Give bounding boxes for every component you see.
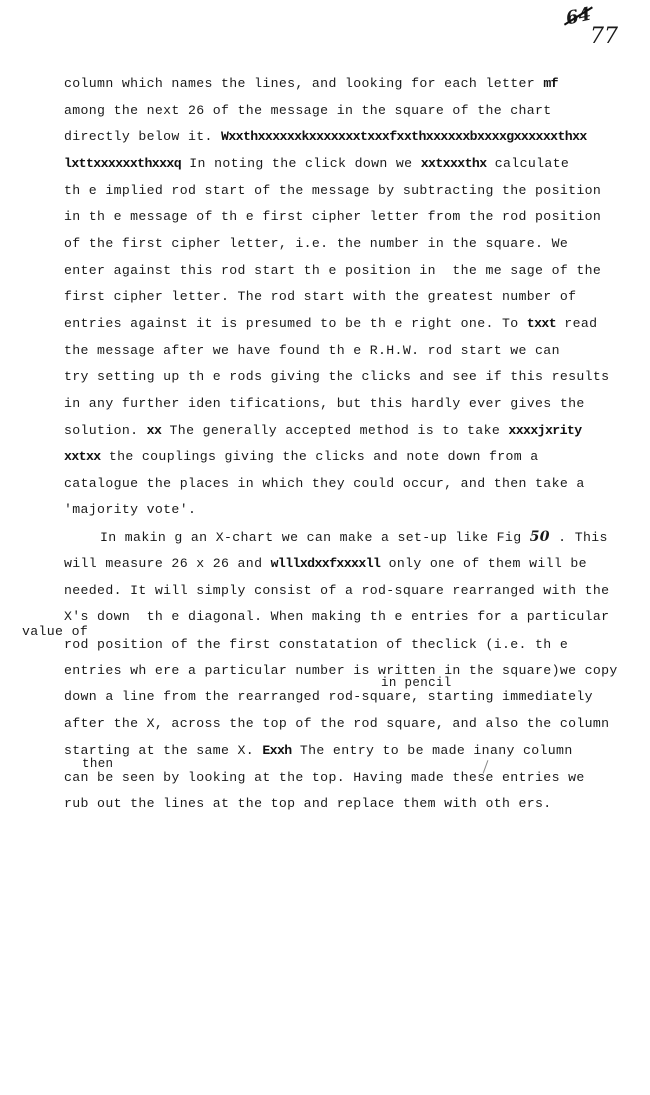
text-line: of the first cipher letter, i.e. the num… [64, 236, 568, 251]
text-line: solution. xx The generally accepted meth… [64, 423, 582, 438]
text: th e implied rod start of the message by… [64, 183, 601, 198]
text: rub out the lines at the top and replace… [64, 796, 552, 811]
text: solution. [64, 423, 147, 438]
text-line: column which names the lines, and lookin… [64, 76, 558, 91]
text: after the X, across the top of the rod s… [64, 716, 609, 731]
text: 'majority vote'. [64, 502, 196, 517]
text-line: rod position of the first constatation o… [64, 637, 568, 652]
handwritten-figure-number: 50 [530, 529, 550, 545]
text: X's down th e diagonal. When making th e… [64, 609, 609, 624]
text-line: among the next 26 of the message in the … [64, 103, 552, 118]
text-line: 'majority vote'. [64, 502, 196, 517]
struck-out-text: wlllxdxxfxxxxll [271, 556, 381, 571]
text-line: down a line from the rearranged rod-squa… [64, 689, 593, 704]
text: enter against this rod start th e positi… [64, 263, 601, 278]
text: . This [550, 530, 608, 545]
text: down a line from the rearranged rod-squa… [64, 689, 593, 704]
text-line: will measure 26 x 26 and wlllxdxxfxxxxll… [64, 556, 587, 571]
text: only one of them will be [380, 556, 587, 571]
text: entries wh ere a particular number is wr… [64, 663, 618, 678]
text: catalogue the places in which they could… [64, 476, 585, 491]
struck-out-text: xxtxxxthx [421, 156, 487, 171]
page-number: 64 77 [566, 6, 626, 50]
text: then [82, 757, 113, 771]
text-line: In makin g an X-chart we can make a set-… [100, 529, 608, 545]
text-line: after the X, across the top of the rod s… [64, 716, 609, 731]
text: will measure 26 x 26 and [64, 556, 271, 571]
text: rod position of the first constatation o… [64, 637, 568, 652]
struck-out-text: mf [543, 76, 558, 91]
text: column which names the lines, and lookin… [64, 76, 543, 91]
text: the message after we have found th e R.H… [64, 343, 560, 358]
text: starting at the same X. [64, 743, 262, 758]
text-line: first cipher letter. The rod start with … [64, 289, 576, 304]
text-line: rub out the lines at the top and replace… [64, 796, 552, 811]
text: read [556, 316, 597, 331]
text-line: X's down th e diagonal. When making th e… [64, 609, 609, 624]
text-line: xxtxx the couplings giving the clicks an… [64, 449, 539, 464]
text: calculate [487, 156, 570, 171]
text-line: th e implied rod start of the message by… [64, 183, 601, 198]
text-line: the message after we have found th e R.H… [64, 343, 560, 358]
text: In makin g an X-chart we can make a set-… [100, 530, 530, 545]
text-line: directly below it. Wxxthxxxxxxkxxxxxxxtx… [64, 129, 587, 144]
struck-out-text: Exxh [262, 743, 291, 758]
text-line: entries wh ere a particular number is wr… [64, 663, 618, 678]
interlinear-insertion: then [82, 757, 113, 771]
text: the couplings giving the clicks and note… [101, 449, 539, 464]
text-line: needed. It will simply consist of a rod-… [64, 583, 609, 598]
text: among the next 26 of the message in the … [64, 103, 552, 118]
text: in any further iden tifications, but thi… [64, 396, 585, 411]
text: of the first cipher letter, i.e. the num… [64, 236, 568, 251]
text: entries against it is presumed to be th … [64, 316, 527, 331]
text: try setting up th e rods giving the clic… [64, 369, 609, 384]
text-line: can be seen by looking at the top. Havin… [64, 770, 585, 785]
struck-out-text: lxttxxxxxxthxxxq [64, 156, 181, 171]
text: can be seen by looking at the top. Havin… [64, 770, 585, 785]
text-line: enter against this rod start th e positi… [64, 263, 601, 278]
struck-out-text: xxtxx [64, 449, 101, 464]
struck-page-number: 64 [564, 4, 593, 30]
text-line: in th e message of th e first cipher let… [64, 209, 601, 224]
struck-out-text: Wxxthxxxxxxkxxxxxxxtxxxfxxthxxxxxxbxxxxg… [221, 129, 587, 144]
text: The generally accepted method is to take [161, 423, 508, 438]
text: needed. It will simply consist of a rod-… [64, 583, 609, 598]
text: The entry to be made inany column [292, 743, 573, 758]
text-line: try setting up th e rods giving the clic… [64, 369, 609, 384]
interlinear-insertion: in pencil [381, 676, 452, 690]
text: directly below it. [64, 129, 221, 144]
text: in th e message of th e first cipher let… [64, 209, 601, 224]
text-line: lxttxxxxxxthxxxq In noting the click dow… [64, 156, 569, 171]
handwritten-page-number: 77 [590, 24, 618, 49]
text: in pencil [381, 676, 452, 690]
struck-out-text: xxxxjxrity [508, 423, 581, 438]
struck-out-text: xx [147, 423, 162, 438]
text-line: in any further iden tifications, but thi… [64, 396, 585, 411]
text: first cipher letter. The rod start with … [64, 289, 576, 304]
struck-out-text: txxt [527, 316, 556, 331]
text-line: entries against it is presumed to be th … [64, 316, 597, 331]
text-line: catalogue the places in which they could… [64, 476, 585, 491]
text: In noting the click down we [181, 156, 421, 171]
text-line: starting at the same X. Exxh The entry t… [64, 743, 573, 758]
